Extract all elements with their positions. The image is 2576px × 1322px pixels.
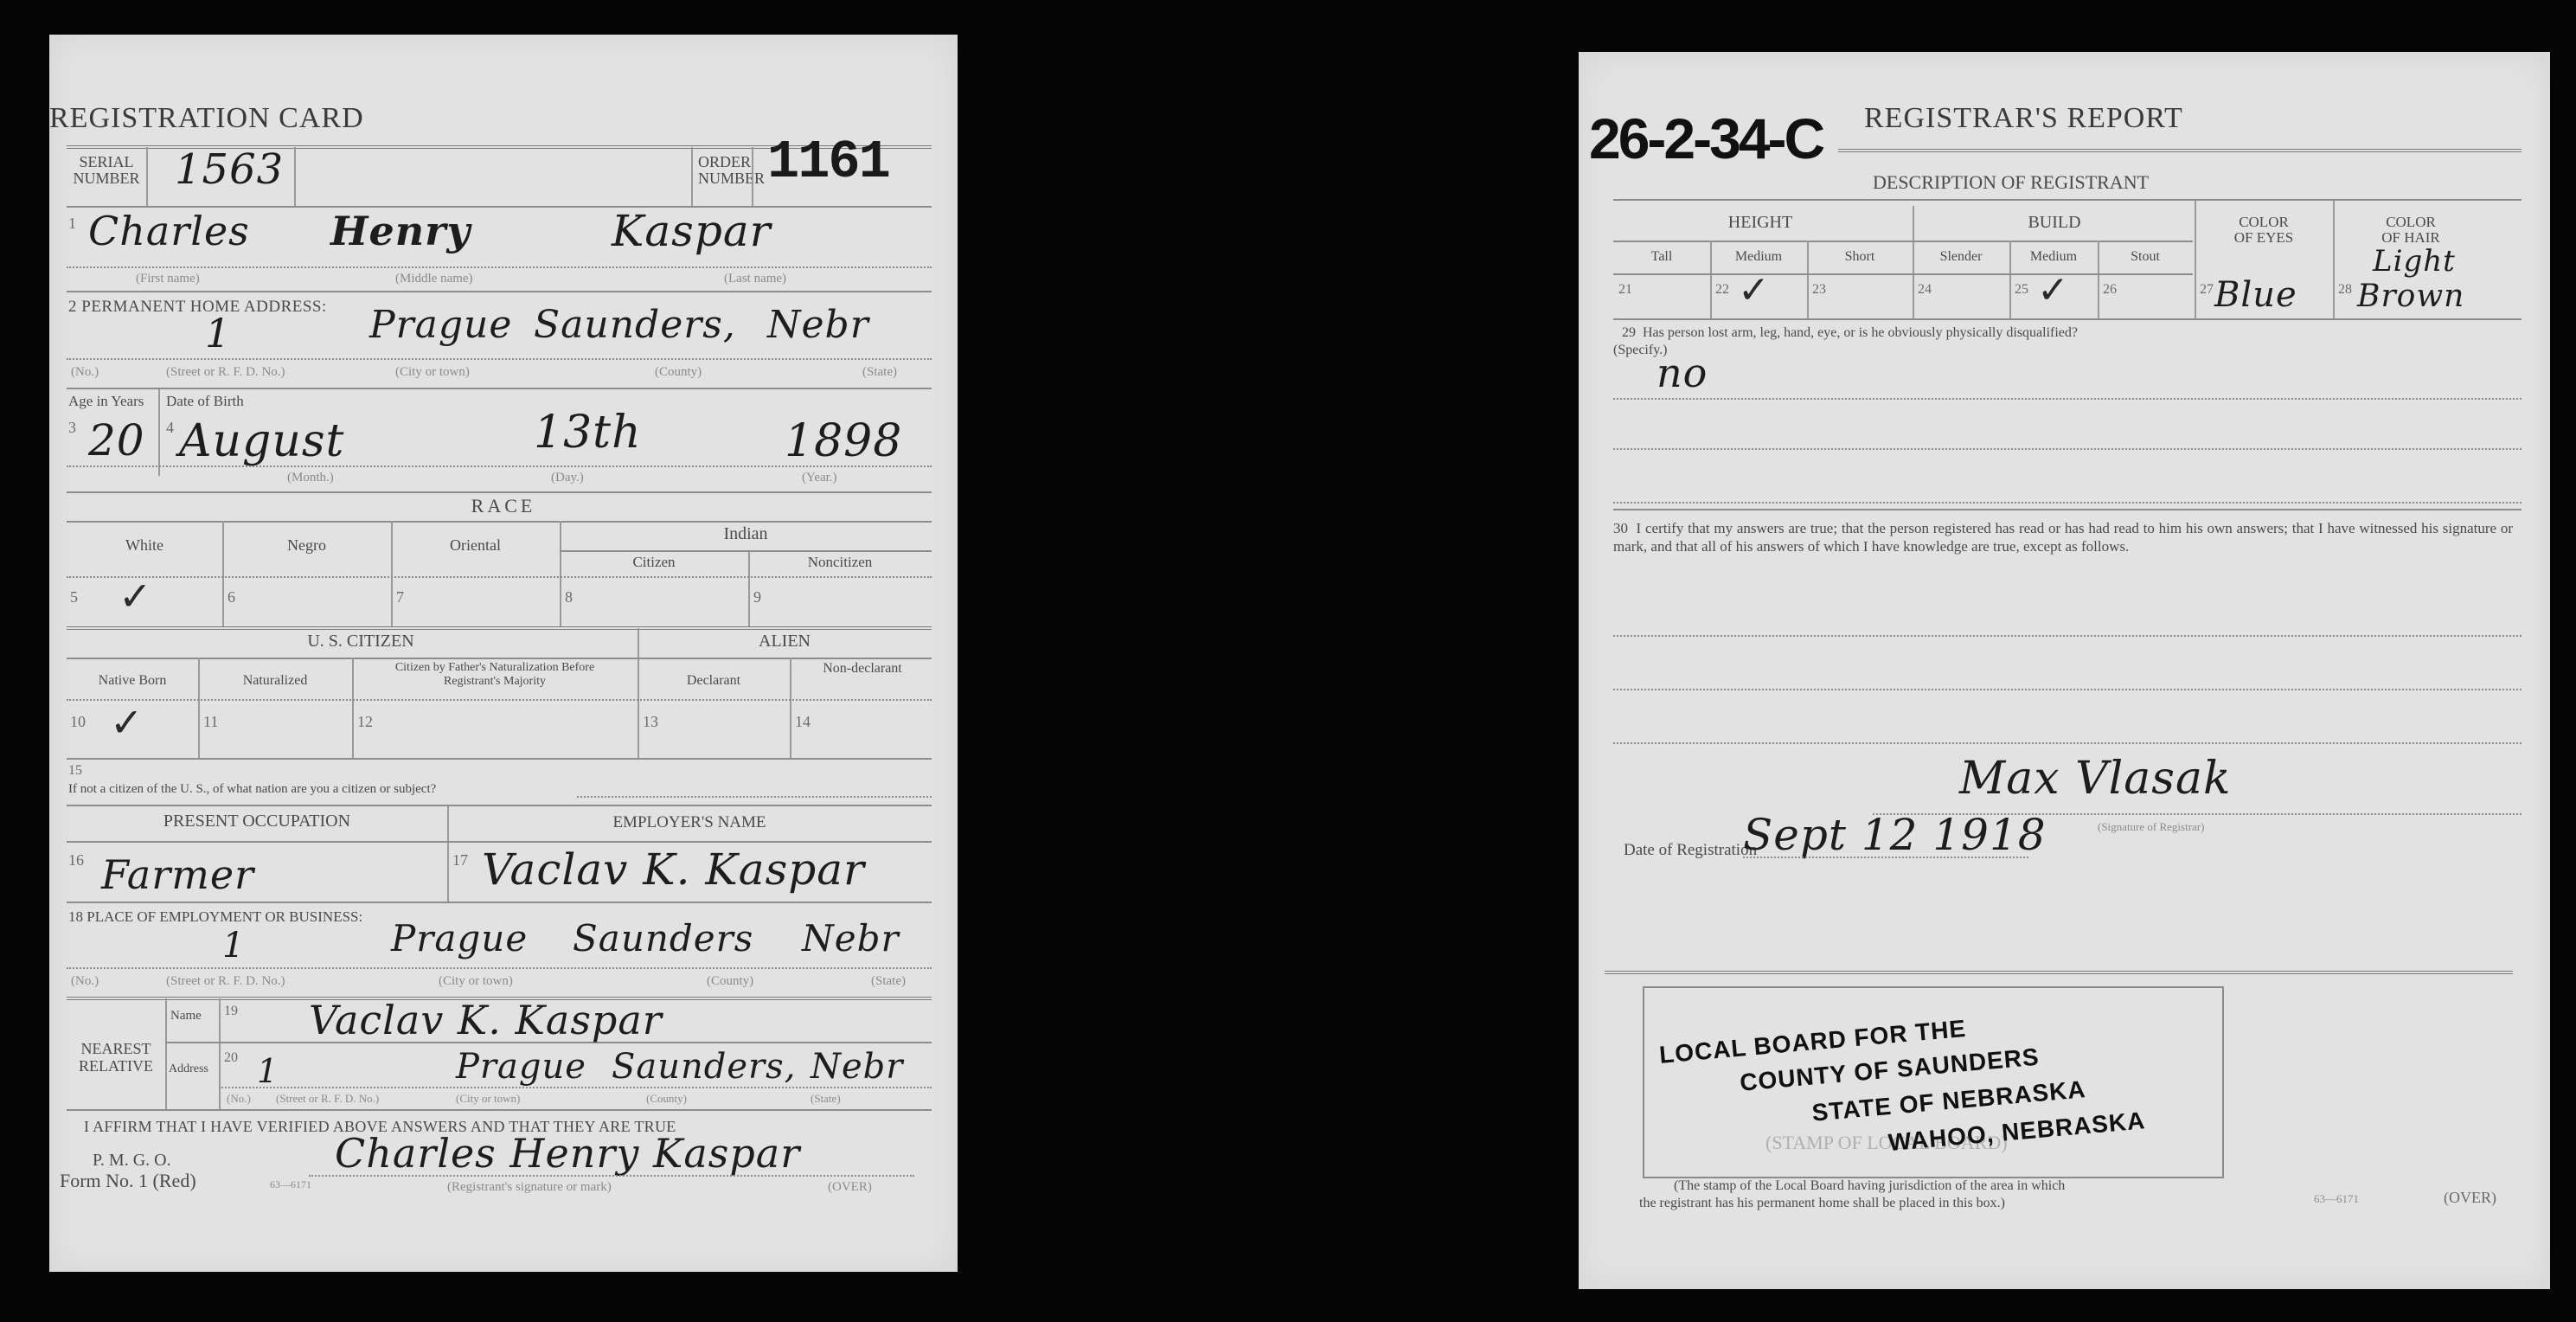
divider <box>1613 199 2522 201</box>
nearest-relative-label: NEAREST RELATIVE <box>68 1040 163 1075</box>
divider <box>67 358 932 360</box>
last-name-value: Kaspar <box>612 206 772 256</box>
field-number: 6 <box>227 588 235 606</box>
race-heading: RACE <box>49 495 958 517</box>
birth-year-caption: (Year.) <box>802 471 837 485</box>
build-col-slender: Slender <box>1913 249 2009 265</box>
field-number: 5 <box>70 588 78 606</box>
divider <box>67 388 932 389</box>
nearest-relative-label-line2: RELATIVE <box>68 1057 163 1075</box>
occupation-heading: PRESENT OCCUPATION <box>67 812 447 831</box>
race-col-indian-citizen: Citizen <box>560 554 748 571</box>
local-board-stamp-box: (STAMP OF LOCAL BOARD) LOCAL BOARD FOR T… <box>1643 986 2224 1178</box>
form-id-number: Form No. 1 (Red) <box>60 1170 196 1192</box>
address-caption-state: (State) <box>862 365 897 380</box>
first-name-value: Charles <box>88 208 250 254</box>
registrar-signature: Max Vlasak <box>1959 753 2231 805</box>
alien-heading: ALIEN <box>638 632 932 651</box>
relative-caption-county: (County) <box>646 1092 687 1106</box>
relative-address-county: Saunders, <box>612 1047 796 1087</box>
last-name-caption: (Last name) <box>724 272 786 286</box>
build-col-medium: Medium <box>2009 249 2098 265</box>
divider <box>219 998 221 1109</box>
build-heading: BUILD <box>1916 213 2193 233</box>
file-number-stamp: 26-2-34-C <box>1589 106 1823 171</box>
height-col-tall: Tall <box>1613 249 1710 265</box>
field-number: 17 <box>452 851 468 870</box>
divider <box>67 266 932 268</box>
hair-color-heading: COLOR OF HAIR <box>2333 215 2489 246</box>
employment-place-label: 18 PLACE OF EMPLOYMENT OR BUSINESS: <box>68 908 362 926</box>
field-number: 4 <box>166 419 174 437</box>
registration-card-front: REGISTRATION CARD SERIAL NUMBER 1563 ORD… <box>49 35 958 1272</box>
home-address-county: Saunders, <box>534 303 736 347</box>
certification-body: I certify that my answers are true; that… <box>1613 520 2513 555</box>
field-number: 15 <box>68 763 82 779</box>
stamp-note-line2: the registrant has his permanent home sh… <box>1639 1196 2005 1211</box>
relative-caption-city: (City or town) <box>456 1092 520 1106</box>
divider <box>67 758 932 760</box>
form-id-pmgo: P. M. G. O. <box>93 1151 171 1171</box>
divider <box>219 1087 932 1088</box>
registrars-report-title: REGISTRAR'S REPORT <box>1864 102 2183 135</box>
field-number: 8 <box>565 588 573 606</box>
employment-place-county: Saunders <box>573 917 753 959</box>
birth-month-caption: (Month.) <box>287 471 334 485</box>
disqualified-question: 29 Has person lost arm, leg, hand, eye, … <box>1622 325 2078 341</box>
field-number: 12 <box>357 713 373 731</box>
serial-label-line1: SERIAL <box>68 154 144 170</box>
birth-month-value: August <box>179 415 344 467</box>
height-col-short: Short <box>1807 249 1913 265</box>
middle-name-caption: (Middle name) <box>395 272 473 286</box>
home-address-state: Nebr <box>767 303 869 347</box>
local-board-stamp: LOCAL BOARD FOR THE COUNTY OF SAUNDERS S… <box>1656 980 2154 1195</box>
divider <box>67 576 932 578</box>
field-number: 21 <box>1618 282 1632 298</box>
divider <box>67 841 932 843</box>
divider <box>67 626 932 630</box>
divider <box>447 806 449 902</box>
signature-caption: (Registrant's signature or mark) <box>447 1180 612 1195</box>
divider <box>67 465 932 467</box>
employment-caption-city: (City or town) <box>439 974 513 989</box>
divider <box>1613 273 2193 275</box>
employment-caption-no: (No.) <box>71 974 99 989</box>
alien-col-non-declarant: Non-declarant <box>811 661 914 677</box>
native-born-checkmark: ✓ <box>110 699 144 746</box>
over-note: (OVER) <box>828 1180 872 1195</box>
divider <box>67 1109 932 1111</box>
relative-address-state: Nebr <box>811 1047 903 1087</box>
employment-place-state: Nebr <box>802 917 900 959</box>
divider <box>638 628 639 758</box>
employer-value: Vaclav K. Kaspar <box>482 844 865 895</box>
first-name-caption: (First name) <box>136 272 200 286</box>
registration-card-back: 26-2-34-C REGISTRAR'S REPORT DESCRIPTION… <box>1579 52 2550 1289</box>
field-number: 30 <box>1613 520 1628 536</box>
field-number: 16 <box>68 851 84 870</box>
divider <box>67 967 932 969</box>
field-number: 28 <box>2338 282 2352 298</box>
print-code: 63—6171 <box>270 1178 311 1191</box>
order-label-line2: NUMBER <box>698 170 750 187</box>
address-caption-street: (Street or R. F. D. No.) <box>166 365 285 380</box>
divider <box>790 658 791 758</box>
registrar-signature-caption: (Signature of Registrar) <box>2098 820 2204 834</box>
relative-caption-no: (No.) <box>227 1092 251 1106</box>
relative-address-no: 1 <box>257 1052 279 1090</box>
alien-col-declarant: Declarant <box>638 673 790 689</box>
occupation-value: Farmer <box>101 851 254 898</box>
field-number: 13 <box>643 713 658 731</box>
height-heading: HEIGHT <box>1613 213 1907 233</box>
home-address-no: 1 <box>205 310 231 356</box>
citizen-col-fathers-naturalization: Citizen by Father's Naturalization Befor… <box>378 661 612 689</box>
employment-place-no: 1 <box>222 926 245 966</box>
employment-caption-street: (Street or R. F. D. No.) <box>166 974 285 989</box>
field-number: 9 <box>753 588 761 606</box>
divider <box>1743 857 2028 858</box>
relative-caption-street: (Street or R. F. D. No.) <box>276 1092 379 1106</box>
relative-name-value: Vaclav K. Kaspar <box>309 997 663 1043</box>
divider <box>1613 318 2522 320</box>
home-address-city: Prague <box>369 303 512 347</box>
address-caption-city: (City or town) <box>395 365 470 380</box>
eye-color-value: Blue <box>2214 275 2297 315</box>
field-number: 1 <box>68 215 76 233</box>
field-number: 27 <box>2200 282 2214 298</box>
divider <box>67 805 932 806</box>
divider <box>560 550 932 552</box>
date-of-registration-label: Date of Registration <box>1624 841 1757 860</box>
divider <box>1613 448 2522 450</box>
divider <box>352 658 354 758</box>
employer-heading: EMPLOYER'S NAME <box>447 813 932 832</box>
birth-year-value: 1898 <box>785 415 902 467</box>
field-number: 3 <box>68 419 76 437</box>
divider <box>158 389 160 476</box>
middle-name-value: Henry <box>330 208 471 254</box>
nation-question: If not a citizen of the U. S., of what n… <box>68 782 436 797</box>
field-number: 26 <box>2103 282 2117 298</box>
height-medium-checkmark: ✓ <box>1738 268 1770 312</box>
hair-color-value-line1: Light <box>2373 244 2456 279</box>
over-note: (OVER) <box>2444 1189 2496 1207</box>
divider <box>1613 635 2522 637</box>
address-caption-county: (County) <box>655 365 702 380</box>
serial-label-line2: NUMBER <box>68 170 144 187</box>
description-subtitle: DESCRIPTION OF REGISTRANT <box>1873 171 2149 194</box>
divider <box>67 491 932 493</box>
divider <box>294 147 296 206</box>
field-number: 7 <box>396 588 404 606</box>
relative-address-city: Prague <box>456 1047 586 1087</box>
date-of-registration-value: Sept 12 1918 <box>1743 810 2047 860</box>
divider <box>1613 509 2522 510</box>
home-address-label: 2 PERMANENT HOME ADDRESS: <box>68 298 327 317</box>
field-number: 29 <box>1622 325 1636 340</box>
race-col-indian-noncitizen: Noncitizen <box>748 554 932 571</box>
registrant-signature: Charles Henry Kaspar <box>335 1130 800 1177</box>
divider <box>67 521 932 523</box>
divider <box>146 147 148 206</box>
hair-color-value-line2: Brown <box>2357 279 2464 314</box>
divider <box>1613 689 2522 690</box>
divider <box>309 1175 914 1177</box>
eye-color-heading: COLOR OF EYES <box>2195 215 2333 246</box>
employment-caption-state: (State) <box>871 974 906 989</box>
field-number: 11 <box>203 713 218 731</box>
nearest-relative-label-line1: NEAREST <box>68 1040 163 1057</box>
eye-heading-line2: OF EYES <box>2195 230 2333 246</box>
age-value: 20 <box>88 415 145 465</box>
age-label: Age in Years <box>68 393 144 410</box>
birth-day-caption: (Day.) <box>551 471 584 485</box>
stamp-note-line1: (The stamp of the Local Board having jur… <box>1674 1178 2065 1194</box>
field-number: 14 <box>795 713 811 731</box>
order-number-label: ORDER NUMBER <box>698 154 750 187</box>
order-label-line1: ORDER <box>698 154 750 170</box>
citizen-col-naturalized: Naturalized <box>198 673 352 689</box>
order-number-value: 1161 <box>767 132 889 193</box>
divider <box>67 291 932 292</box>
serial-number-value: 1563 <box>175 145 284 194</box>
divider <box>752 147 753 206</box>
field-number: 10 <box>70 713 86 731</box>
divider <box>165 998 167 1109</box>
employment-caption-county: (County) <box>707 974 753 989</box>
birth-day-value: 13th <box>534 407 642 459</box>
address-caption-no: (No.) <box>71 365 99 380</box>
field-number: 24 <box>1918 282 1932 298</box>
us-citizen-heading: U. S. CITIZEN <box>67 632 655 651</box>
card-title: REGISTRATION CARD <box>49 102 958 135</box>
hair-heading-line1: COLOR <box>2333 215 2489 230</box>
employment-place-city: Prague <box>391 917 528 959</box>
divider <box>67 699 932 701</box>
field-number: 19 <box>224 1004 238 1019</box>
divider <box>67 658 932 659</box>
height-col-medium: Medium <box>1710 249 1807 265</box>
race-col-oriental: Oriental <box>391 536 560 555</box>
relative-caption-state: (State) <box>811 1092 841 1106</box>
field-number: 23 <box>1812 282 1826 298</box>
race-indian-heading: Indian <box>560 524 932 544</box>
citizen-col-native-born: Native Born <box>67 673 198 689</box>
field-number: 22 <box>1715 282 1729 298</box>
race-white-checkmark: ✓ <box>119 573 152 619</box>
race-col-negro: Negro <box>222 536 391 555</box>
disqualified-question-text: Has person lost arm, leg, hand, eye, or … <box>1643 325 2078 340</box>
build-medium-checkmark: ✓ <box>2037 268 2069 312</box>
print-code: 63—6171 <box>2314 1192 2359 1206</box>
relative-name-label: Name <box>170 1009 202 1024</box>
date-of-birth-label: Date of Birth <box>166 393 244 410</box>
race-col-white: White <box>67 536 222 555</box>
divider <box>577 796 932 798</box>
divider <box>1613 742 2522 744</box>
serial-number-label: SERIAL NUMBER <box>68 154 144 187</box>
divider <box>1838 149 2522 152</box>
field-number: 25 <box>2015 282 2028 298</box>
field-number: 20 <box>224 1050 238 1066</box>
build-col-stout: Stout <box>2098 249 2193 265</box>
divider <box>1613 502 2522 504</box>
eye-heading-line1: COLOR <box>2195 215 2333 230</box>
divider <box>1613 241 2193 242</box>
divider <box>1613 398 2522 400</box>
relative-address-label: Address <box>169 1062 208 1076</box>
certification-text: 30 I certify that my answers are true; t… <box>1613 519 2513 555</box>
divider <box>1605 971 2513 974</box>
divider <box>67 902 932 903</box>
divider <box>691 147 693 206</box>
disqualified-answer: no <box>1656 350 1708 396</box>
